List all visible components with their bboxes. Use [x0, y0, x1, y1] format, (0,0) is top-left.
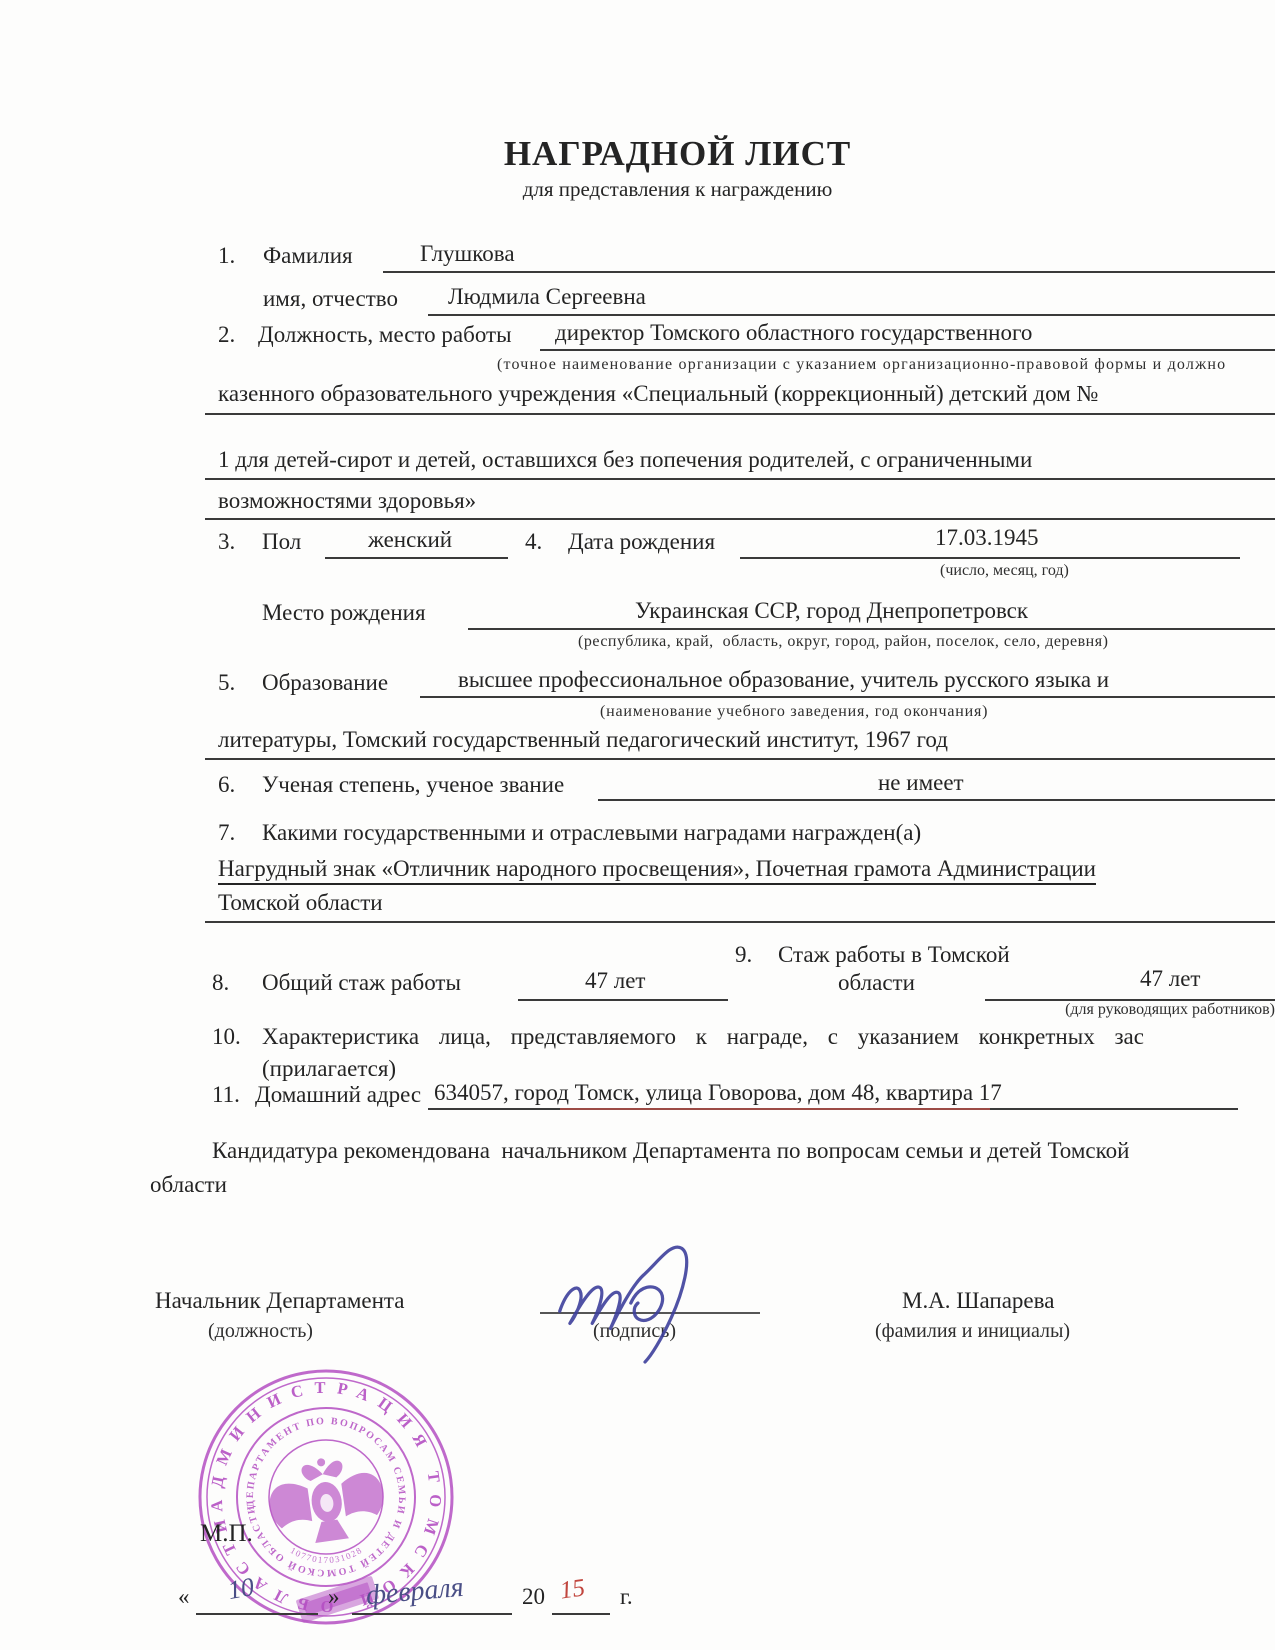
underline-org-1 [205, 413, 1275, 415]
field-9-number: 9. [735, 942, 752, 968]
date-close-quote: » [328, 1584, 340, 1610]
field-2-label: Должность, место работы [258, 322, 512, 348]
field-6-value: не имеет [878, 770, 964, 796]
field-11-label: Домашний адрес [255, 1082, 421, 1108]
recommendation-line-2: области [150, 1172, 227, 1198]
field-9-value: 47 лет [1140, 966, 1201, 992]
field-7-label: Какими государственными и отраслевыми на… [262, 820, 921, 846]
underline-birthplace [468, 628, 1275, 630]
date-day-line [196, 1613, 318, 1615]
birthplace-label: Место рождения [262, 600, 426, 626]
date-century: 20 [522, 1584, 545, 1610]
field-4-caption: (число, месяц, год) [940, 562, 1069, 580]
field-9-label-2: области [838, 970, 915, 996]
award-sheet-page: НАГРАДНОЙ ЛИСТ для представления к награ… [0, 0, 1275, 1650]
field-2-line4: возможностями здоровья» [218, 488, 476, 514]
field-2-number: 2. [218, 322, 235, 348]
field-4-value: 17.03.1945 [935, 525, 1039, 551]
field-6-label: Ученая степень, ученое звание [262, 772, 564, 798]
date-month-line [352, 1613, 512, 1615]
field-10-note: (прилагается) [262, 1056, 396, 1082]
field-1b-label: имя, отчество [263, 286, 398, 312]
underline-position [540, 349, 1275, 351]
signer-position: Начальник Департамента [155, 1288, 404, 1314]
birthplace-value: Украинская ССР, город Днепропетровск [635, 598, 1028, 624]
signer-name: М.А. Шапарева [902, 1288, 1054, 1314]
recommendation-line-1: Кандидатура рекомендована начальником Де… [212, 1138, 1129, 1164]
field-9-label-1: Стаж работы в Томской [778, 942, 1010, 968]
field-8-number: 8. [212, 970, 229, 996]
field-3-number: 3. [218, 529, 235, 555]
field-5-label: Образование [262, 670, 388, 696]
birthplace-caption: (республика, край, область, округ, город… [578, 633, 1108, 651]
underline-sex [325, 557, 508, 559]
date-day-handwritten: 10 [226, 1572, 257, 1606]
field-10-label: Характеристика лица, представляемого к н… [262, 1024, 1144, 1050]
underline-birthdate [740, 557, 1240, 559]
field-10-number: 10. [212, 1024, 241, 1050]
field-1-value: Глушкова [420, 241, 515, 267]
field-7-line2: Томской области [218, 890, 383, 916]
signer-position-caption: (должность) [208, 1320, 313, 1343]
field-2-line2: казенного образовательного учреждения «С… [218, 381, 1098, 407]
date-suffix: г. [620, 1584, 633, 1610]
underline-org-2 [205, 478, 1275, 480]
underline-education [420, 696, 1275, 698]
underline-surname [383, 271, 1275, 273]
underline-awards [205, 921, 1275, 923]
signature-ink [538, 1232, 748, 1364]
field-4-number: 4. [525, 529, 542, 555]
field-7-number: 7. [218, 820, 235, 846]
field-7-line1: Нагрудный знак «Отличник народного просв… [218, 856, 1096, 882]
field-11-value: 634057, город Томск, улица Говорова, дом… [434, 1080, 1002, 1106]
field-2-line3: 1 для детей-сирот и детей, оставшихся бе… [218, 447, 1032, 473]
field-2-value: директор Томского областного государстве… [555, 320, 1032, 346]
field-8-label: Общий стаж работы [262, 970, 461, 996]
signer-name-caption: (фамилия и инициалы) [875, 1320, 1070, 1343]
field-5-value: высшее профессиональное образование, учи… [458, 667, 1109, 693]
field-1-label: Фамилия [263, 243, 353, 269]
doc-title: НАГРАДНОЙ ЛИСТ [0, 134, 1275, 174]
doc-subtitle: для представления к награждению [0, 177, 1275, 201]
date-year-handwritten: 15 [558, 1574, 587, 1605]
underline-address-red-tint [560, 1108, 990, 1110]
field-2-caption: (точное наименование организации с указа… [497, 356, 1226, 374]
field-5-number: 5. [218, 670, 235, 696]
underline-total-experience [518, 999, 728, 1001]
field-1b-value: Людмила Сергеевна [448, 284, 646, 310]
underline-org-3 [205, 518, 1275, 520]
date-year-line [552, 1613, 610, 1615]
underline-education-2 [205, 758, 1275, 760]
field-9-caption: (для руководящих работников) [985, 1001, 1275, 1019]
field-3-label: Пол [262, 529, 301, 555]
field-6-number: 6. [218, 772, 235, 798]
field-5-line2: литературы, Томский государственный педа… [218, 727, 948, 753]
field-11-number: 11. [212, 1082, 240, 1108]
underline-degree [598, 799, 1275, 801]
field-5-caption: (наименование учебного заведения, год ок… [600, 703, 988, 721]
date-open-quote: « [178, 1584, 190, 1610]
field-3-value: женский [368, 527, 452, 553]
field-8-value: 47 лет [585, 968, 646, 994]
field-4-label: Дата рождения [568, 529, 715, 555]
underline-name [428, 314, 1275, 316]
mp-seal-label: М.П. [200, 1520, 253, 1549]
field-1-number: 1. [218, 243, 235, 269]
